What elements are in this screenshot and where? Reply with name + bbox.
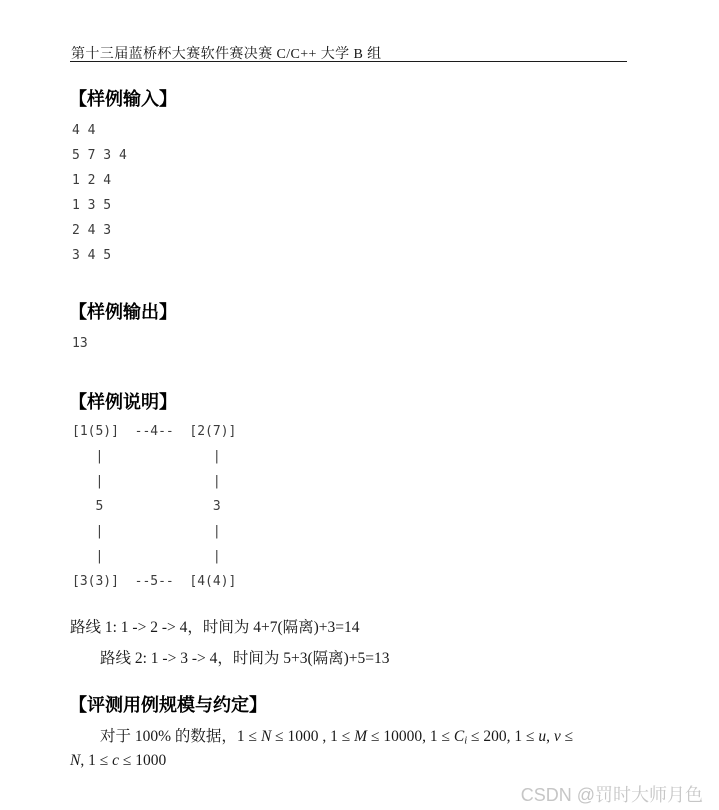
constraints-line-1: 对于 100% 的数据，1 ≤ N ≤ 1000 , 1 ≤ M ≤ 10000… <box>100 724 573 747</box>
constraint-segment: , 1 ≤ <box>80 752 112 769</box>
route-1-text: 路线 1: 1 -> 2 -> 4，时间为 4+7(隔离)+3=14 <box>70 615 360 637</box>
constraint-segment: u <box>538 728 546 745</box>
page-header-title: 第十三届蓝桥杯大赛软件赛决赛 C/C++ 大学 B 组 <box>71 43 382 63</box>
constraint-segment: , <box>546 728 554 745</box>
heading-sample-input: 【样例输入】 <box>69 85 177 111</box>
constraints-line-2: N, 1 ≤ c ≤ 1000 <box>70 752 166 770</box>
constraint-segment: c <box>112 752 119 769</box>
constraint-segment: ≤ 10000, 1 ≤ <box>367 728 454 745</box>
constraint-segment: ≤ <box>561 728 573 745</box>
constraint-segment: N <box>261 728 271 745</box>
sample-input-code: 4 4 5 7 3 4 1 2 4 1 3 5 2 4 3 3 4 5 <box>72 118 127 268</box>
constraint-segment: v <box>554 728 561 745</box>
header-divider <box>70 61 627 62</box>
constraint-segment: ≤ 200, 1 ≤ <box>467 728 538 745</box>
constraint-segment: ≤ 1000 , 1 ≤ <box>271 728 354 745</box>
constraint-segment: 1 ≤ <box>237 728 261 745</box>
heading-sample-explanation: 【样例说明】 <box>69 388 177 414</box>
heading-constraints: 【评测用例规模与约定】 <box>69 691 267 717</box>
route-2-text: 路线 2: 1 -> 3 -> 4，时间为 5+3(隔离)+5=13 <box>100 646 390 668</box>
heading-sample-output: 【样例输出】 <box>69 298 177 324</box>
csdn-watermark: CSDN @罚时大师月色 <box>521 781 703 807</box>
sample-output-code: 13 <box>72 331 88 356</box>
document-page: 第十三届蓝桥杯大赛软件赛决赛 C/C++ 大学 B 组 【样例输入】 4 4 5… <box>0 0 719 810</box>
constraint-segment: 对于 100% 的数据， <box>100 728 237 745</box>
constraint-segment: C <box>454 728 464 745</box>
graph-ascii-diagram: [1(5)] --4-- [2(7)] | | | | 5 3 | | | | … <box>72 419 236 594</box>
constraint-segment: ≤ 1000 <box>119 752 166 769</box>
constraint-segment: M <box>354 728 367 745</box>
constraint-segment: N <box>70 752 80 769</box>
